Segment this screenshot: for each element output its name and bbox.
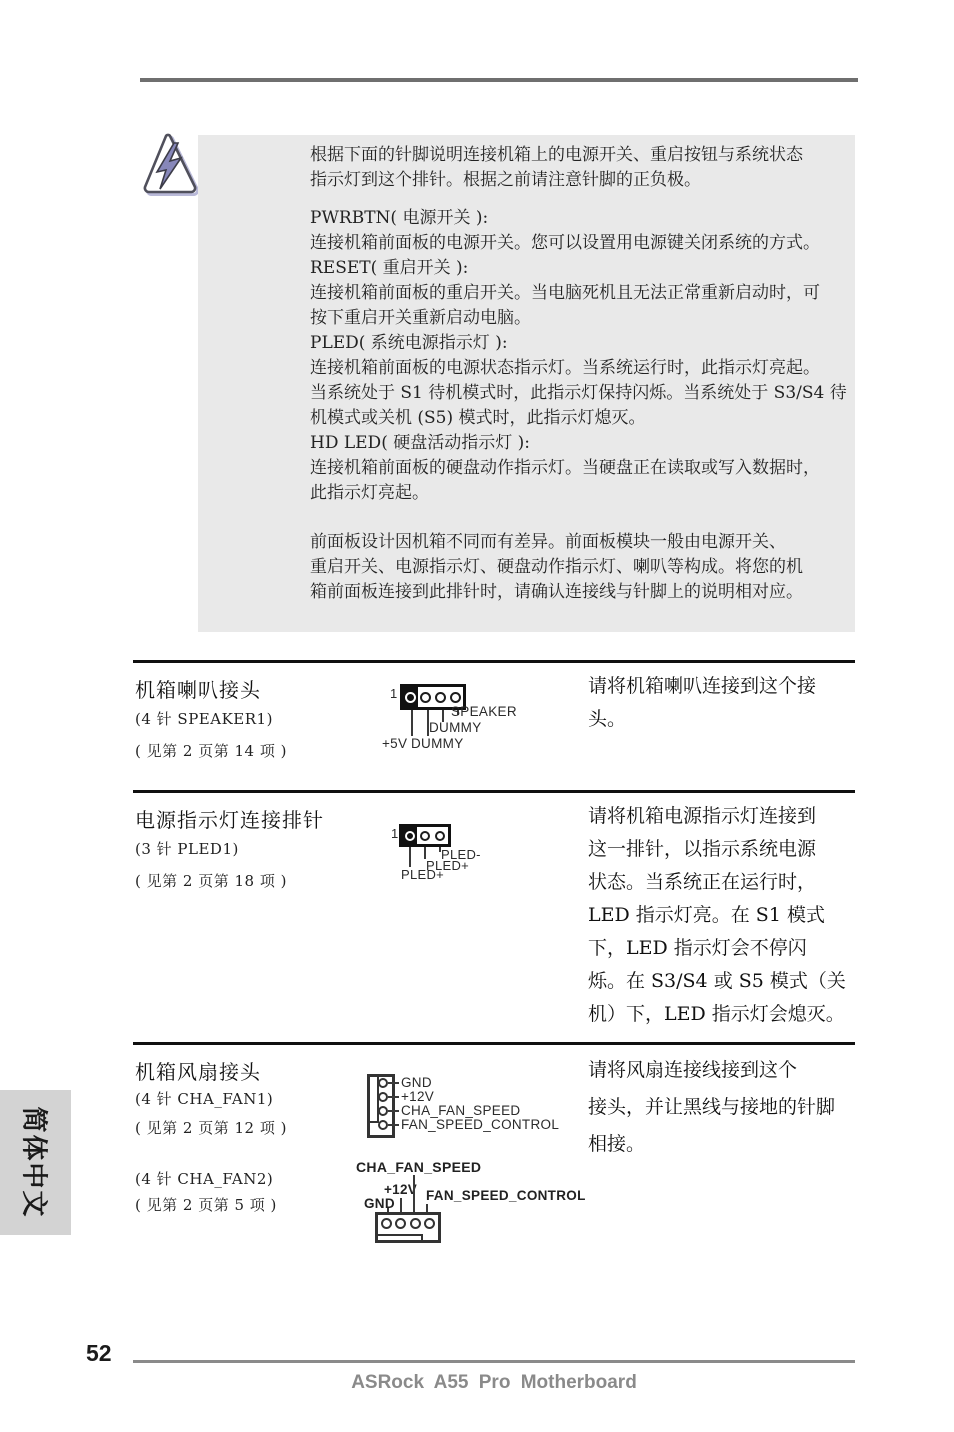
pin1-label: 1	[391, 826, 398, 841]
notice-outro-line: 重启开关、电源指示灯、硬盘动作指示灯、喇叭等构成。将您的机	[310, 555, 858, 580]
page-number: 52	[86, 1340, 112, 1367]
sidebar-language-label: 简体中文	[17, 1106, 54, 1218]
pin-lead-line	[411, 710, 413, 736]
notice-item-desc: 当系统处于 S1 待机模式时，此指示灯保持闪烁。当系统处于 S3/S4 待	[310, 381, 858, 406]
sidebar-language-tab: 简体中文	[0, 1090, 71, 1235]
fan-pin	[381, 1218, 392, 1229]
fan-pin	[378, 1106, 388, 1116]
fan1-pin-label: +12V	[401, 1089, 434, 1104]
fan-pin	[378, 1078, 388, 1088]
fan1-pin-label: CHA_FAN_SPEED	[401, 1103, 520, 1118]
section-divider	[133, 1042, 855, 1045]
fan2-keying-step	[378, 1234, 423, 1240]
notice-item-desc: 按下重启开关重新启动电脑。	[310, 306, 858, 331]
cha-fan2-connector-diagram: CHA_FAN_SPEED +12V FAN_SPEED_CONTROL GND	[350, 1158, 650, 1253]
speaker-pin-label: DUMMY	[429, 720, 482, 735]
pled-header-outline	[399, 824, 451, 847]
notice-outro-line: 箱前面板连接到此排针时，请确认连接线与针脚上的说明相对应。	[310, 580, 858, 605]
pin-lead-line	[426, 1204, 428, 1212]
speaker-pin-count: (4 针 SPEAKER1)	[135, 708, 273, 729]
pin1-cell	[402, 827, 417, 844]
notice-item-label: RESET( 重启开关 ):	[310, 256, 858, 281]
notice-outro-line: 前面板设计因机箱不同而有差异。前面板模块一般由电源开关、	[310, 530, 858, 555]
fan2-pin-count: (4 针 CHA_FAN2)	[135, 1168, 273, 1189]
speaker-connector-diagram: 1 +5V DUMMY DUMMY SPEAKER	[380, 682, 550, 762]
notice-intro-line: 根据下面的针脚说明连接机箱上的电源开关、重启按钮与系统状态	[310, 143, 858, 168]
desc-line: 状态。当系统正在运行时，	[588, 866, 868, 899]
footer-title: ASRock A55 Pro Motherboard	[133, 1372, 855, 1394]
pled-page-ref: ( 见第 2 页第 18 项 )	[135, 870, 287, 891]
section-divider	[133, 790, 855, 793]
fan2-header-outline	[375, 1212, 441, 1243]
fan1-pin-count: (4 针 CHA_FAN1)	[135, 1088, 273, 1109]
desc-line: 请将风扇连接线接到这个	[588, 1052, 878, 1089]
pin-lead-line	[388, 1082, 399, 1084]
fan2-control-label: FAN_SPEED_CONTROL	[426, 1188, 586, 1203]
notice-item-label: PWRBTN( 电源开关 ):	[310, 206, 858, 231]
manual-page: 根据下面的针脚说明连接机箱上的电源开关、重启按钮与系统状态 指示灯到这个排针。根…	[0, 0, 954, 1432]
pin-cell	[433, 827, 448, 844]
notice-item-desc: 连接机箱前面板的硬盘动作指示灯。当硬盘正在读取或写入数据时，	[310, 456, 858, 481]
pin1-cell	[403, 687, 418, 707]
notice-item-desc: 机模式或关机 (S5) 模式时，此指示灯熄灭。	[310, 406, 858, 431]
desc-line: 这一排针，以指示系统电源	[588, 833, 868, 866]
fan1-page-ref: ( 见第 2 页第 12 项 )	[135, 1117, 287, 1138]
notice-text: 根据下面的针脚说明连接机箱上的电源开关、重启按钮与系统状态 指示灯到这个排针。根…	[310, 143, 858, 605]
fan-pin	[424, 1218, 435, 1229]
desc-line: 请将机箱喇叭连接到这个接	[588, 670, 863, 703]
notice-intro-line: 指示灯到这个排针。根据之前请注意针脚的正负极。	[310, 168, 858, 193]
fan-description: 请将风扇连接线接到这个 接头，并让黑线与接地的针脚 相接。	[588, 1052, 878, 1163]
notice-item-desc: 连接机箱前面板的电源开关。您可以设置用电源键关闭系统的方式。	[310, 231, 858, 256]
desc-line: 头。	[588, 703, 863, 736]
pled-description: 请将机箱电源指示灯连接到 这一排针，以指示系统电源 状态。当系统正在运行时， L…	[588, 800, 868, 1031]
fan-pin	[378, 1092, 388, 1102]
notice-item-desc: 连接机箱前面板的电源状态指示灯。当系统运行时，此指示灯亮起。	[310, 356, 858, 381]
fan-pin	[378, 1120, 388, 1130]
desc-line: LED 指示灯亮。在 S1 模式	[588, 899, 868, 932]
notice-item-label: PLED( 系统电源指示灯 ):	[310, 331, 858, 356]
pin-cell	[433, 687, 448, 707]
desc-line: 下，LED 指示灯会不停闪	[588, 932, 868, 965]
fan1-pin-label: FAN_SPEED_CONTROL	[401, 1117, 559, 1132]
notice-item-desc: 此指示灯亮起。	[310, 481, 858, 506]
desc-line: 接头，并让黑线与接地的针脚	[588, 1089, 878, 1126]
pled-pin-count: (3 针 PLED1)	[135, 838, 239, 859]
cha-fan1-connector-diagram: GND +12V CHA_FAN_SPEED FAN_SPEED_CONTROL	[360, 1070, 620, 1144]
pin-lead-line	[409, 847, 411, 867]
fan-pin	[395, 1218, 406, 1229]
fan1-pin-label: GND	[401, 1075, 432, 1090]
pin-cell	[418, 687, 433, 707]
fan-pin	[410, 1218, 421, 1229]
pled-pin-label: PLED+	[401, 867, 444, 882]
pin-lead-line	[388, 1096, 399, 1098]
pin-lead-line	[413, 1175, 415, 1212]
pin1-label: 1	[390, 686, 397, 701]
section-divider	[133, 660, 855, 663]
desc-line: 烁。在 S3/S4 或 S5 模式（关	[588, 965, 868, 998]
pin-lead-line	[388, 1110, 399, 1112]
pled-connector-diagram: 1 PLED- PLED+ PLED+	[385, 820, 535, 884]
fan-section-title: 机箱风扇接头	[135, 1056, 261, 1085]
desc-line: 机）下，LED 指示灯会熄灭。	[588, 998, 868, 1031]
speaker-pin-label: SPEAKER	[451, 704, 517, 719]
desc-line: 相接。	[588, 1126, 878, 1163]
speaker-description: 请将机箱喇叭连接到这个接 头。	[588, 670, 863, 736]
fan2-pin-row	[378, 1218, 438, 1229]
pin-lead-line	[400, 1198, 402, 1212]
speaker-pin-label: +5V	[382, 736, 407, 751]
fan2-speed-label: CHA_FAN_SPEED	[356, 1159, 481, 1175]
footer-rule	[133, 1360, 855, 1363]
warning-lightning-icon	[136, 130, 200, 200]
pled-section-title: 电源指示灯连接排针	[135, 804, 324, 833]
speaker-section-title: 机箱喇叭接头	[135, 674, 261, 703]
speaker-pin-label: DUMMY	[411, 736, 464, 751]
fan2-page-ref: ( 见第 2 页第 5 项 )	[135, 1194, 277, 1215]
top-rule	[140, 78, 858, 82]
desc-line: 请将机箱电源指示灯连接到	[588, 800, 868, 833]
notice-item-desc: 连接机箱前面板的重启开关。当电脑死机且无法正常重新启动时，可	[310, 281, 858, 306]
pin-cell	[417, 827, 432, 844]
fan2-gnd-label: GND	[364, 1196, 395, 1211]
notice-item-label: HD LED( 硬盘活动指示灯 ):	[310, 431, 858, 456]
speaker-page-ref: ( 见第 2 页第 14 项 )	[135, 740, 287, 761]
pin-lead-line	[388, 1124, 399, 1126]
